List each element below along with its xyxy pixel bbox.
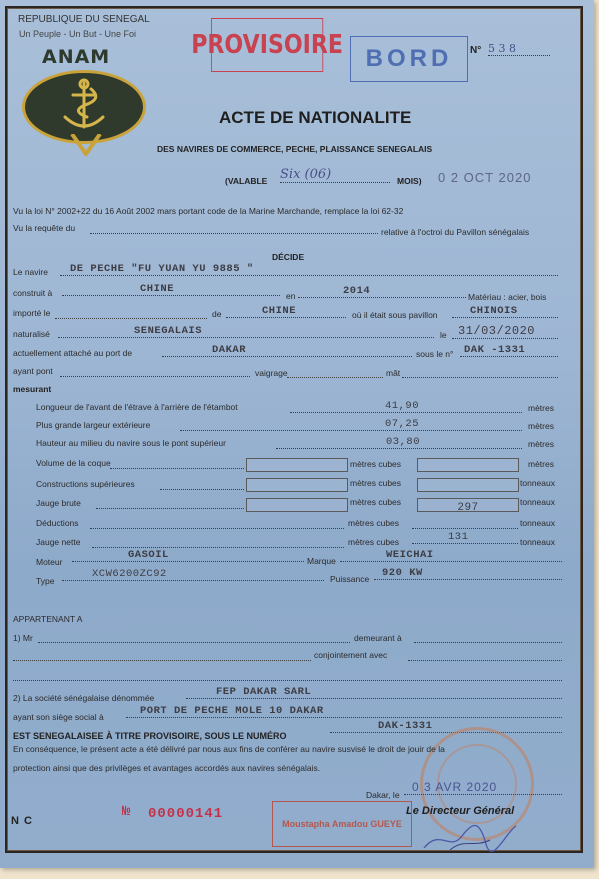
construit-value: CHINE bbox=[62, 283, 280, 296]
port-label: actuellement attaché au port de bbox=[13, 348, 132, 358]
emblem-stand-icon bbox=[64, 134, 108, 156]
jauge-brute-unit2: tonneaux bbox=[520, 497, 555, 507]
demeurant-label: demeurant à bbox=[354, 633, 402, 643]
puissance-value: 920 KW bbox=[374, 567, 562, 580]
mat-field bbox=[402, 377, 558, 378]
en-value: 2014 bbox=[298, 285, 466, 298]
conjointement-label: conjointement avec bbox=[314, 650, 387, 660]
type-value: XCW6200ZC92 bbox=[62, 568, 324, 581]
deductions-unit2: tonneaux bbox=[520, 518, 555, 528]
siege-value: PORT DE PECHE MOLE 10 DAKAR bbox=[126, 705, 562, 718]
anchor-icon bbox=[25, 73, 143, 141]
pavillon-label: où il était sous pavillon bbox=[352, 310, 438, 320]
pont-field bbox=[60, 376, 250, 377]
vaigrage-field bbox=[287, 377, 383, 378]
longueur-value: 41,90 bbox=[290, 400, 522, 413]
valable-label: (VALABLE bbox=[225, 176, 267, 186]
senegalisee-label: EST SENEGALAISEE À TITRE PROVISOIRE, SOU… bbox=[13, 731, 287, 741]
navire-label: Le navire bbox=[13, 267, 48, 277]
volume-unit2: mètres bbox=[528, 459, 554, 469]
port-value: DAKAR bbox=[162, 344, 412, 357]
number-value: 5 3 8 bbox=[488, 42, 550, 56]
marque-value: WEICHAI bbox=[340, 549, 562, 562]
mesurant-heading: mesurant bbox=[13, 384, 51, 394]
agency-title: ANAM bbox=[42, 46, 110, 68]
construit-label: construit à bbox=[13, 288, 52, 298]
closing-text-1: En conséquence, le présent acte a été dé… bbox=[13, 744, 445, 754]
societe-label: 2) La société sénégalaise dénommée bbox=[13, 693, 154, 703]
largeur-unit: mètres bbox=[528, 421, 554, 431]
law-text: Vu la loi N° 2002+22 du 16 Août 2002 mar… bbox=[13, 206, 403, 216]
materiau-label: Matériau : acier, bois bbox=[468, 292, 546, 302]
jauge-nette-label: Jauge nette bbox=[36, 537, 80, 547]
vaigrage-label: vaigrage bbox=[255, 368, 288, 378]
deductions-label: Déductions bbox=[36, 518, 79, 528]
constructions-m3-unit: mètres cubes bbox=[350, 478, 401, 488]
jauge-nette-value: 131 bbox=[412, 531, 518, 544]
moteur-value: GASOIL bbox=[72, 549, 304, 562]
decide-heading: DÉCIDE bbox=[272, 252, 304, 262]
jauge-brute-label: Jauge brute bbox=[36, 498, 81, 508]
mr-label: 1) Mr bbox=[13, 633, 33, 643]
jauge-nette-unit2: tonneaux bbox=[520, 537, 555, 547]
jauge-nette-field bbox=[92, 547, 344, 548]
importe-label: importé le bbox=[13, 308, 50, 318]
hauteur-value: 03,80 bbox=[276, 436, 522, 449]
mr-line2 bbox=[13, 660, 311, 661]
senegalisee-value: DAK-1331 bbox=[330, 720, 562, 733]
hauteur-label: Hauteur au milieu du navire sous le pont… bbox=[36, 438, 226, 448]
constructions-box2 bbox=[417, 478, 519, 492]
type-label: Type bbox=[36, 576, 54, 586]
pavillon-value: CHINOIS bbox=[452, 305, 558, 318]
en-label: en bbox=[286, 291, 295, 301]
le-label: le bbox=[440, 330, 447, 340]
importe-field bbox=[55, 318, 207, 319]
name-stamp: Moustapha Amadou GUEYE bbox=[272, 801, 412, 847]
signatory-title: Le Directeur Général bbox=[406, 805, 514, 817]
republic-label: REPUBLIQUE DU SENEGAL bbox=[18, 14, 150, 25]
demeurant-field bbox=[414, 642, 562, 643]
provisoire-stamp: PROVISOIRE bbox=[211, 18, 323, 72]
conjointement-field bbox=[408, 660, 562, 661]
requete-suffix: relative à l'octroi du Pavillon sénégala… bbox=[381, 227, 529, 237]
longueur-label: Longueur de l'avant de l'étrave à l'arri… bbox=[36, 402, 238, 412]
le-value: 31/03/2020 bbox=[452, 324, 558, 339]
volume-m3-box bbox=[246, 458, 348, 472]
longueur-unit: mètres bbox=[528, 403, 554, 413]
requete-field bbox=[90, 233, 378, 234]
page-title: ACTE DE NATIONALITE bbox=[219, 108, 411, 128]
anchor-emblem-logo bbox=[22, 70, 146, 144]
volume-box2 bbox=[417, 458, 519, 472]
jauge-brute-box2: 297 bbox=[417, 498, 519, 512]
requete-label: Vu la requête du bbox=[13, 223, 75, 233]
mois-label: MOIS) bbox=[397, 176, 422, 186]
sous-no-label: sous le n° bbox=[416, 349, 453, 359]
signature-icon bbox=[420, 818, 520, 854]
naturalise-label: naturalisé bbox=[13, 329, 50, 339]
largeur-value: 07,25 bbox=[180, 418, 522, 431]
jauge-nette-m3-unit: mètres cubes bbox=[348, 537, 399, 547]
pont-label: ayant pont bbox=[13, 366, 53, 376]
naturalise-value: SENEGALAIS bbox=[58, 325, 434, 338]
constructions-unit2: tonneaux bbox=[520, 478, 555, 488]
volume-label: Volume de la coque bbox=[36, 458, 111, 468]
volume-m3-unit: mètres cubes bbox=[350, 459, 401, 469]
date-stamp: 0 2 OCT 2020 bbox=[438, 170, 531, 185]
nc-label: N C bbox=[11, 815, 33, 827]
siege-label: ayant son siège social à bbox=[13, 712, 104, 722]
serial-label: № bbox=[122, 804, 131, 820]
sous-no-value: DAK -1331 bbox=[460, 344, 558, 357]
deductions-field bbox=[90, 528, 344, 529]
deductions-m3-unit: mètres cubes bbox=[348, 518, 399, 528]
closing-text-2: protection ainsi que des privilèges et a… bbox=[13, 763, 320, 773]
mat-label: mât bbox=[386, 368, 400, 378]
ownership-line3 bbox=[13, 680, 562, 681]
serial-number: 00000141 bbox=[148, 806, 223, 822]
jauge-brute-leader bbox=[96, 508, 244, 509]
deductions-field2 bbox=[412, 528, 518, 529]
navire-value: DE PECHE "FU YUAN YU 9885 " bbox=[60, 263, 558, 276]
puissance-label: Puissance bbox=[330, 574, 369, 584]
mr-field bbox=[38, 642, 350, 643]
motto-label: Un Peuple - Un But - Une Foi bbox=[19, 29, 136, 39]
page-subtitle: DES NAVIRES DE COMMERCE, PECHE, PLAISSAN… bbox=[157, 144, 432, 154]
moteur-label: Moteur bbox=[36, 557, 62, 567]
constructions-label: Constructions supérieures bbox=[36, 479, 135, 489]
constructions-leader bbox=[160, 489, 244, 490]
constructions-m3-box bbox=[246, 478, 348, 492]
bord-stamp: BORD bbox=[350, 36, 468, 82]
marque-label: Marque bbox=[307, 556, 336, 566]
de-value: CHINE bbox=[226, 305, 346, 318]
document-paper: REPUBLIQUE DU SENEGAL Un Peuple - Un But… bbox=[0, 0, 594, 868]
largeur-label: Plus grande largeur extérieure bbox=[36, 420, 150, 430]
volume-leader bbox=[110, 468, 244, 469]
de-label: de bbox=[212, 309, 221, 319]
valable-value: Six (06) bbox=[280, 167, 390, 183]
societe-value: FEP DAKAR SARL bbox=[186, 686, 562, 699]
place-label: Dakar, le bbox=[366, 790, 400, 800]
hauteur-unit: mètres bbox=[528, 439, 554, 449]
jauge-brute-m3-unit: mètres cubes bbox=[350, 497, 401, 507]
jauge-brute-m3-box bbox=[246, 498, 348, 512]
appartenant-heading: APPARTENANT A bbox=[13, 614, 82, 624]
issue-date: 0 3 AVR 2020 bbox=[404, 780, 562, 795]
number-label: N° bbox=[470, 45, 481, 56]
